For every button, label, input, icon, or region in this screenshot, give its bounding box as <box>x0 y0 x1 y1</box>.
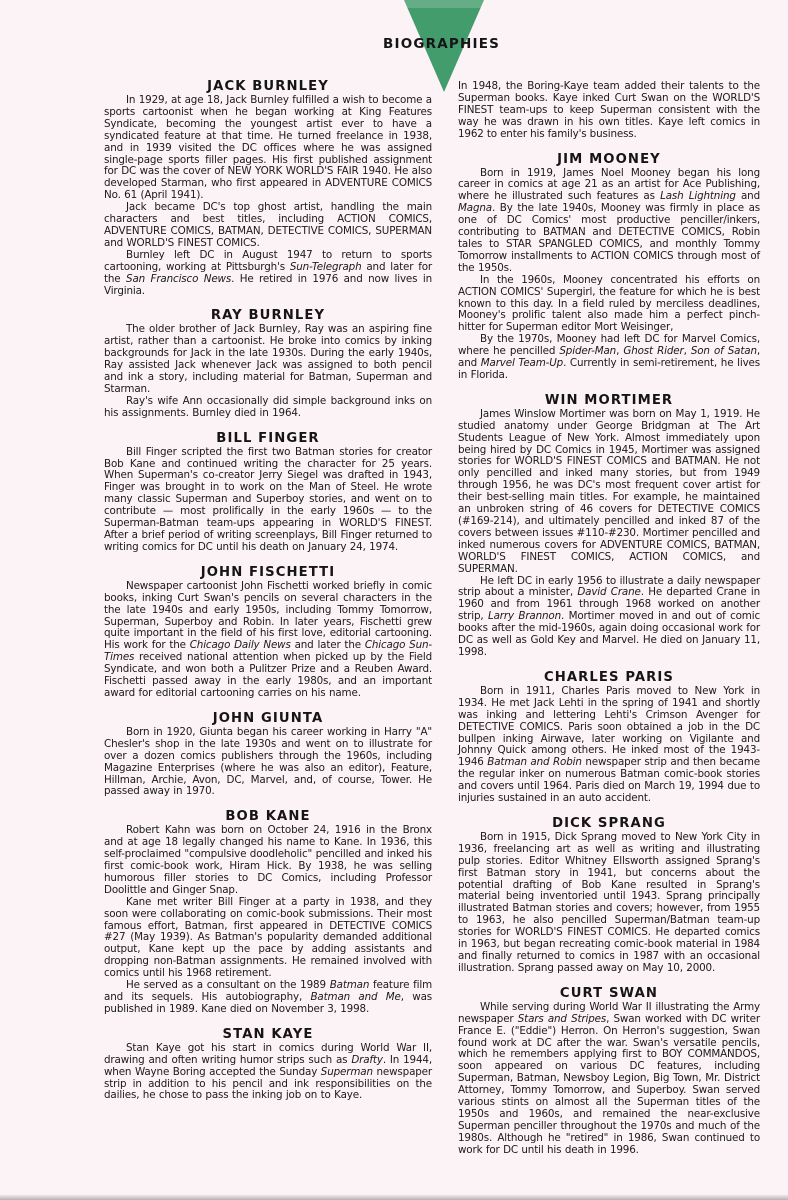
bio-john-fischetti: JOHN FISCHETTINewspaper cartoonist John … <box>104 566 432 700</box>
bio-paragraph: While serving during World War II illust… <box>458 1002 760 1157</box>
bio-name-heading: RAY BURNLEY <box>104 309 432 323</box>
right-column: In 1948, the Boring-Kaye team added thei… <box>458 81 760 1169</box>
bio-paragraph: Jack became DC's top ghost artist, handl… <box>104 202 432 250</box>
bio-bill-finger: BILL FINGERBill Finger scripted the firs… <box>104 432 432 554</box>
bio-paragraph: Born in 1911, Charles Paris moved to New… <box>458 686 760 805</box>
bio-name-heading: BOB KANE <box>104 810 432 824</box>
bio-paragraph: Stan Kaye got his start in comics during… <box>104 1043 432 1103</box>
bio-bob-kane: BOB KANERobert Kahn was born on October … <box>104 810 432 1016</box>
bio-paragraph: Bill Finger scripted the first two Batma… <box>104 447 432 554</box>
bio-paragraph: Born in 1920, Giunta began his career wo… <box>104 727 432 798</box>
bio-continued: In 1948, the Boring-Kaye team added thei… <box>458 81 760 141</box>
bio-jim-mooney: JIM MOONEYBorn in 1919, James Noel Moone… <box>458 153 760 382</box>
bio-paragraph: James Winslow Mortimer was born on May 1… <box>458 409 760 576</box>
bio-ray-burnley: RAY BURNLEYThe older brother of Jack Bur… <box>104 309 432 419</box>
left-column: JACK BURNLEYIn 1929, at age 18, Jack Bur… <box>104 80 432 1114</box>
bio-paragraph: Newspaper cartoonist John Fischetti work… <box>104 581 432 700</box>
bio-dick-sprang: DICK SPRANGBorn in 1915, Dick Sprang mov… <box>458 817 760 975</box>
bio-paragraph: In 1948, the Boring-Kaye team added thei… <box>458 81 760 141</box>
bio-paragraph: In 1929, at age 18, Jack Burnley fulfill… <box>104 95 432 202</box>
bio-jack-burnley: JACK BURNLEYIn 1929, at age 18, Jack Bur… <box>104 80 432 297</box>
bio-win-mortimer: WIN MORTIMERJames Winslow Mortimer was b… <box>458 394 760 659</box>
bio-paragraph: He served as a consultant on the 1989 Ba… <box>104 980 432 1016</box>
bio-name-heading: JACK BURNLEY <box>104 80 432 94</box>
bio-paragraph: Born in 1919, James Noel Mooney began hi… <box>458 168 760 275</box>
bio-charles-paris: CHARLES PARISBorn in 1911, Charles Paris… <box>458 671 760 805</box>
bio-paragraph: Burnley left DC in August 1947 to return… <box>104 250 432 298</box>
bio-name-heading: WIN MORTIMER <box>458 394 760 408</box>
triangle-highlight <box>404 0 484 8</box>
bio-name-heading: DICK SPRANG <box>458 817 760 831</box>
bio-paragraph: Born in 1915, Dick Sprang moved to New Y… <box>458 832 760 975</box>
bio-name-heading: JOHN FISCHETTI <box>104 566 432 580</box>
page-bottom-edge <box>0 1194 788 1200</box>
bio-paragraph: Kane met writer Bill Finger at a party i… <box>104 897 432 980</box>
bio-paragraph: He left DC in early 1956 to illustrate a… <box>458 576 760 659</box>
bio-name-heading: CURT SWAN <box>458 987 760 1001</box>
bio-paragraph: By the 1970s, Mooney had left DC for Mar… <box>458 334 760 382</box>
bio-stan-kaye: STAN KAYEStan Kaye got his start in comi… <box>104 1028 432 1103</box>
bio-name-heading: JIM MOONEY <box>458 153 760 167</box>
bio-paragraph: Ray's wife Ann occasionally did simple b… <box>104 396 432 420</box>
bio-paragraph: In the 1960s, Mooney concentrated his ef… <box>458 275 760 335</box>
bio-name-heading: CHARLES PARIS <box>458 671 760 685</box>
bio-paragraph: The older brother of Jack Burnley, Ray w… <box>104 324 432 395</box>
bio-curt-swan: CURT SWANWhile serving during World War … <box>458 987 760 1157</box>
bio-name-heading: STAN KAYE <box>104 1028 432 1042</box>
page-title: BIOGRAPHIES <box>383 36 500 52</box>
bio-john-giunta: JOHN GIUNTABorn in 1920, Giunta began hi… <box>104 712 432 798</box>
bio-name-heading: BILL FINGER <box>104 432 432 446</box>
bio-paragraph: Robert Kahn was born on October 24, 1916… <box>104 825 432 896</box>
bio-name-heading: JOHN GIUNTA <box>104 712 432 726</box>
